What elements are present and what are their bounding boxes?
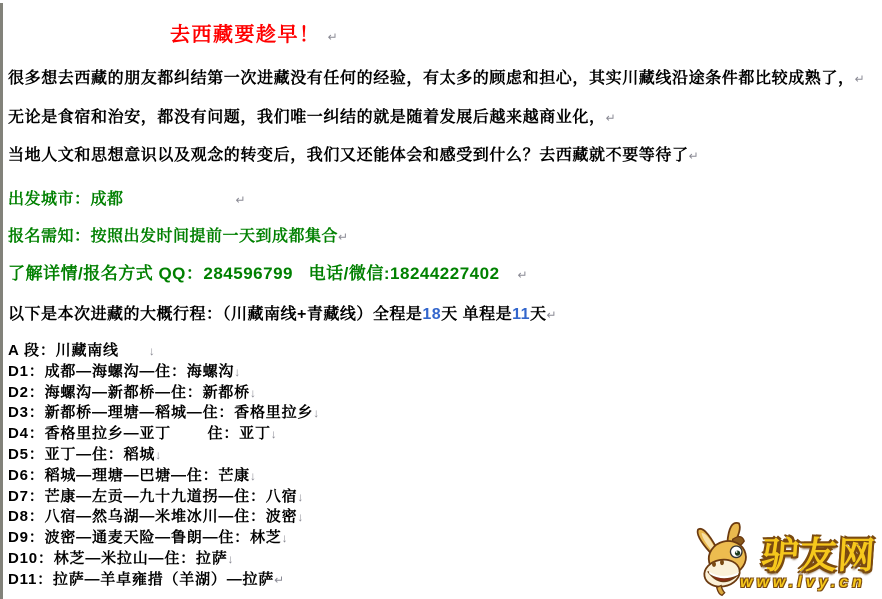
itinerary-section-line-text: A 段：川藏南线	[8, 342, 119, 359]
contact-info-lines: 出发城市：成都↵报名需知：按照出发时间提前一天到成都集合↵了解详情/报名方式 Q…	[8, 190, 528, 301]
page-title-text: 去西藏要趁早！	[170, 24, 321, 46]
paragraph-line-text: 无论是食宿和治安，都没有问题，我们唯一纠结的就是随着发展后越来越商业化，	[8, 109, 606, 126]
itinerary-day-line: D6：稻城—理塘—巴塘—住：芒康↓	[8, 466, 320, 487]
line-break-mark-icon: ↓	[155, 448, 162, 462]
itinerary-day-line-text: D10：林芝—米拉山—住：拉萨	[8, 550, 228, 567]
itinerary-section-line: A 段：川藏南线↓	[8, 341, 320, 362]
line-break-mark-icon: ↓	[313, 406, 320, 420]
page-title: 去西藏要趁早！ ↵	[170, 18, 339, 47]
line-break-mark-icon: ↓	[297, 490, 304, 504]
site-logo: 驴友网 www.lvy.cn	[690, 518, 882, 598]
line-break-mark-icon: ↓	[250, 386, 257, 400]
contact-line: 了解详情/报名方式 QQ：284596799 电话/微信:18244227402…	[8, 264, 528, 301]
itinerary-day-line: D5：亚丁—住：稻城↓	[8, 445, 320, 466]
itinerary-day-line: D10：林芝—米拉山—住：拉萨↓	[8, 549, 320, 570]
paragraph-line-text: 很多想去西藏的朋友都纠结第一次进藏没有任何的经验，有太多的顾虑和担心，其实川藏线…	[8, 70, 855, 87]
page-left-edge	[0, 3, 3, 599]
summary-segment: 以下是本次进藏的大概行程：（川藏南线+青藏线）全程是	[8, 306, 422, 323]
line-break-mark-icon: ↓	[149, 344, 156, 358]
itinerary-day-line-text: D8：八宿—然乌湖—米堆冰川—住：波密	[8, 508, 297, 525]
summary-segment: 11	[512, 306, 530, 323]
contact-line-text: 出发城市：成都	[8, 191, 124, 208]
line-break-mark-icon: ↓	[271, 427, 278, 441]
site-url: www.lvy.cn	[740, 574, 866, 592]
itinerary-day-line: D11：拉萨—羊卓雍措（羊湖）—拉萨↵	[8, 570, 320, 591]
itinerary-day-line: D8：八宿—然乌湖—米堆冰川—住：波密↓	[8, 507, 320, 528]
paragraph-mark-icon: ↵	[518, 268, 529, 282]
intro-paragraphs: 很多想去西藏的朋友都纠结第一次进藏没有任何的经验，有太多的顾虑和担心，其实川藏线…	[8, 69, 865, 185]
paragraph-mark-icon: ↵	[338, 230, 349, 244]
paragraph-line-text: 当地人文和思想意识以及观念的转变后，我们又还能体会和感受到什么？去西藏就不要等待…	[8, 147, 689, 164]
line-break-mark-icon: ↓	[250, 469, 257, 483]
itinerary-day-line: D4：香格里拉乡—亚丁 住：亚丁↓	[8, 424, 320, 445]
line-break-mark-icon: ↓	[297, 510, 304, 524]
contact-line: 报名需知：按照出发时间提前一天到成都集合↵	[8, 227, 528, 264]
itinerary-day-line-text: D6：稻城—理塘—巴塘—住：芒康	[8, 467, 250, 484]
paragraph-mark-icon: ↵	[328, 30, 340, 44]
itinerary-day-line: D9：波密—通麦天险—鲁朗—住：林芝↓	[8, 528, 320, 549]
itinerary-day-line: D1：成都—海螺沟—住：海螺沟↓	[8, 362, 320, 383]
paragraph-line: 无论是食宿和治安，都没有问题，我们唯一纠结的就是随着发展后越来越商业化，↵	[8, 108, 865, 147]
line-break-mark-icon: ↓	[234, 365, 241, 379]
paragraph-mark-icon: ↵	[606, 111, 617, 125]
site-name: 驴友网	[760, 525, 878, 579]
itinerary-day-line-text: D5：亚丁—住：稻城	[8, 446, 155, 463]
itinerary-day-line-text: D3：新都桥—理塘—稻城—住：香格里拉乡	[8, 404, 313, 421]
itinerary-day-line: D3：新都桥—理塘—稻城—住：香格里拉乡↓	[8, 403, 320, 424]
summary-segment: 18	[422, 306, 441, 323]
contact-line: 出发城市：成都↵	[8, 190, 528, 227]
summary-segment: 天 单程是	[441, 306, 512, 323]
paragraph-mark-icon: ↵	[274, 573, 285, 587]
itinerary-list: A 段：川藏南线↓D1：成都—海螺沟—住：海螺沟↓D2：海螺沟—新都桥—住：新都…	[8, 341, 320, 591]
itinerary-day-line: D2：海螺沟—新都桥—住：新都桥↓	[8, 383, 320, 404]
itinerary-day-line-text: D1：成都—海螺沟—住：海螺沟	[8, 363, 234, 380]
paragraph-mark-icon: ↵	[236, 193, 247, 207]
document-page: 去西藏要趁早！ ↵ 很多想去西藏的朋友都纠结第一次进藏没有任何的经验，有太多的顾…	[0, 0, 882, 599]
paragraph-mark-icon: ↵	[855, 72, 866, 86]
itinerary-day-line-text: D2：海螺沟—新都桥—住：新都桥	[8, 384, 250, 401]
line-break-mark-icon: ↓	[228, 552, 235, 566]
itinerary-day-line-text: D9：波密—通麦天险—鲁朗—住：林芝	[8, 529, 282, 546]
paragraph-line: 很多想去西藏的朋友都纠结第一次进藏没有任何的经验，有太多的顾虑和担心，其实川藏线…	[8, 69, 865, 108]
itinerary-day-line: D7：芒康—左贡—九十九道拐—住：八宿↓	[8, 487, 320, 508]
paragraph-mark-icon: ↵	[547, 308, 558, 322]
summary-segment: 天	[530, 306, 547, 323]
paragraph-mark-icon: ↵	[689, 149, 700, 163]
itinerary-day-line-text: D4：香格里拉乡—亚丁 住：亚丁	[8, 425, 271, 442]
line-break-mark-icon: ↓	[282, 531, 289, 545]
paragraph-line: 当地人文和思想意识以及观念的转变后，我们又还能体会和感受到什么？去西藏就不要等待…	[8, 146, 865, 185]
itinerary-summary-line: 以下是本次进藏的大概行程：（川藏南线+青藏线）全程是18天 单程是11天↵	[8, 305, 557, 325]
itinerary-day-line-text: D11：拉萨—羊卓雍措（羊湖）—拉萨	[8, 571, 274, 588]
contact-line-text: 了解详情/报名方式 QQ：284596799 电话/微信:18244227402	[8, 264, 500, 283]
contact-line-text: 报名需知：按照出发时间提前一天到成都集合	[8, 228, 338, 245]
itinerary-day-line-text: D7：芒康—左贡—九十九道拐—住：八宿	[8, 488, 297, 505]
